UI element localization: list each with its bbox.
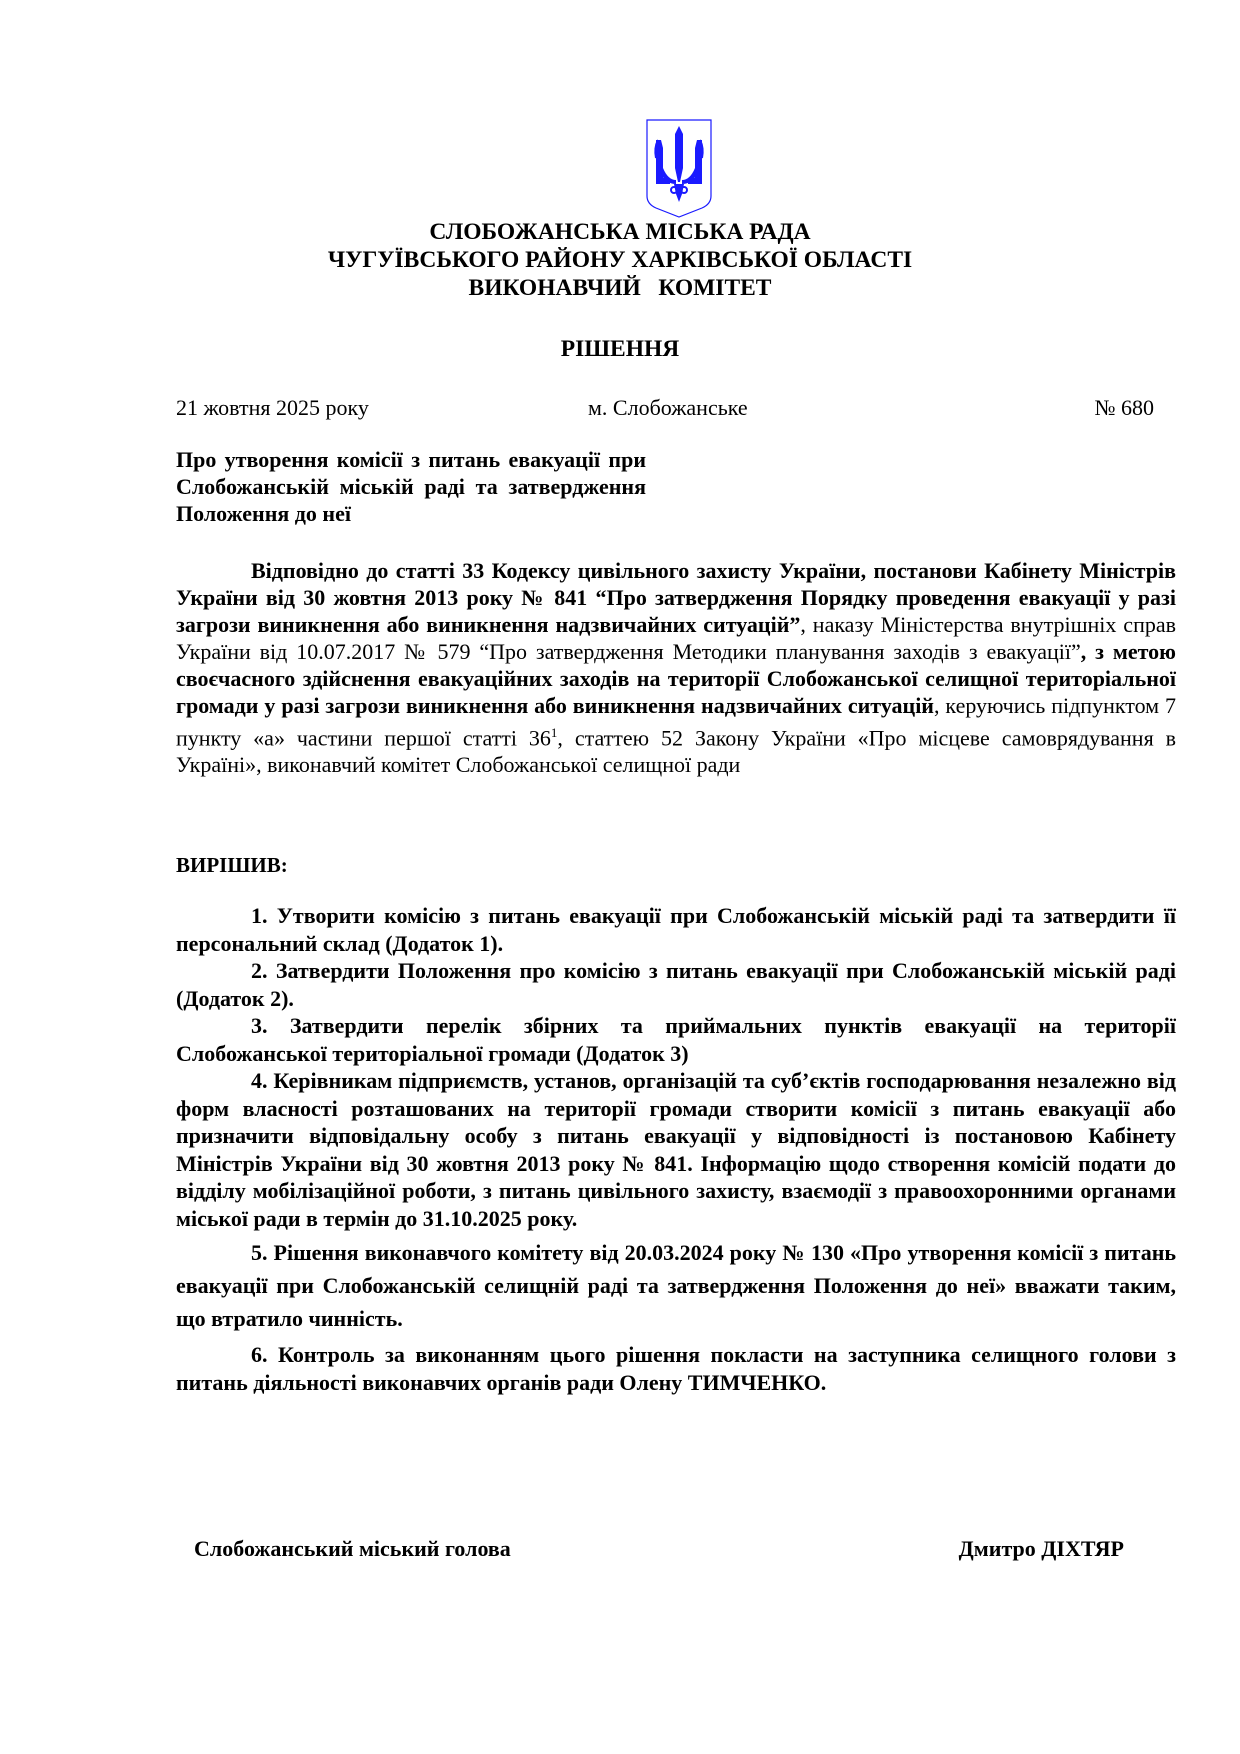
document-title: РІШЕННЯ	[0, 335, 1240, 363]
decision-place: м. Слобожанське	[588, 393, 748, 423]
decision-item-6: 6. Контроль за виконанням цього рішення …	[176, 1341, 1176, 1396]
executive-committee: ВИКОНАВЧИЙ КОМІТЕТ	[0, 274, 1240, 302]
district-region: ЧУГУЇВСЬКОГО РАЙОНУ ХАРКІВСЬКОЇ ОБЛАСТІ	[0, 246, 1240, 274]
document-meta: 21 жовтня 2025 року м. Слобожанське № 68…	[176, 393, 1176, 423]
decision-subject: Про утворення комісії з питань евакуації…	[176, 446, 646, 527]
document-page: СЛОБОЖАНСЬКА МІСЬКА РАДА ЧУГУЇВСЬКОГО РА…	[0, 0, 1240, 1754]
decision-number: № 680	[1095, 393, 1155, 423]
signature-block: Слобожанський міський голова Дмитро ДІХТ…	[194, 1534, 1124, 1564]
decision-item-4: 4. Керівникам підприємств, установ, орга…	[176, 1067, 1176, 1232]
decision-items: 1. Утворити комісію з питань евакуації п…	[176, 902, 1176, 1396]
decision-item-5: 5. Рішення виконавчого комітету від 20.0…	[176, 1236, 1176, 1335]
decision-item-2: 2. Затвердити Положення про комісію з пи…	[176, 957, 1176, 1012]
document-header: СЛОБОЖАНСЬКА МІСЬКА РАДА ЧУГУЇВСЬКОГО РА…	[0, 218, 1240, 302]
decision-item-3: 3. Затвердити перелік збірних та приймал…	[176, 1012, 1176, 1067]
decision-date: 21 жовтня 2025 року	[176, 393, 369, 423]
decision-item-1: 1. Утворити комісію з питань евакуації п…	[176, 902, 1176, 957]
signatory-name: Дмитро ДІХТЯР	[959, 1534, 1124, 1564]
council-name: СЛОБОЖАНСЬКА МІСЬКА РАДА	[0, 218, 1240, 246]
signatory-role: Слобожанський міський голова	[194, 1534, 511, 1564]
trident-coat-of-arms-icon	[644, 118, 714, 218]
preamble-paragraph: Відповідно до статті 33 Кодексу цивільно…	[176, 557, 1176, 778]
resolved-label: ВИРІШИВ:	[176, 851, 288, 879]
